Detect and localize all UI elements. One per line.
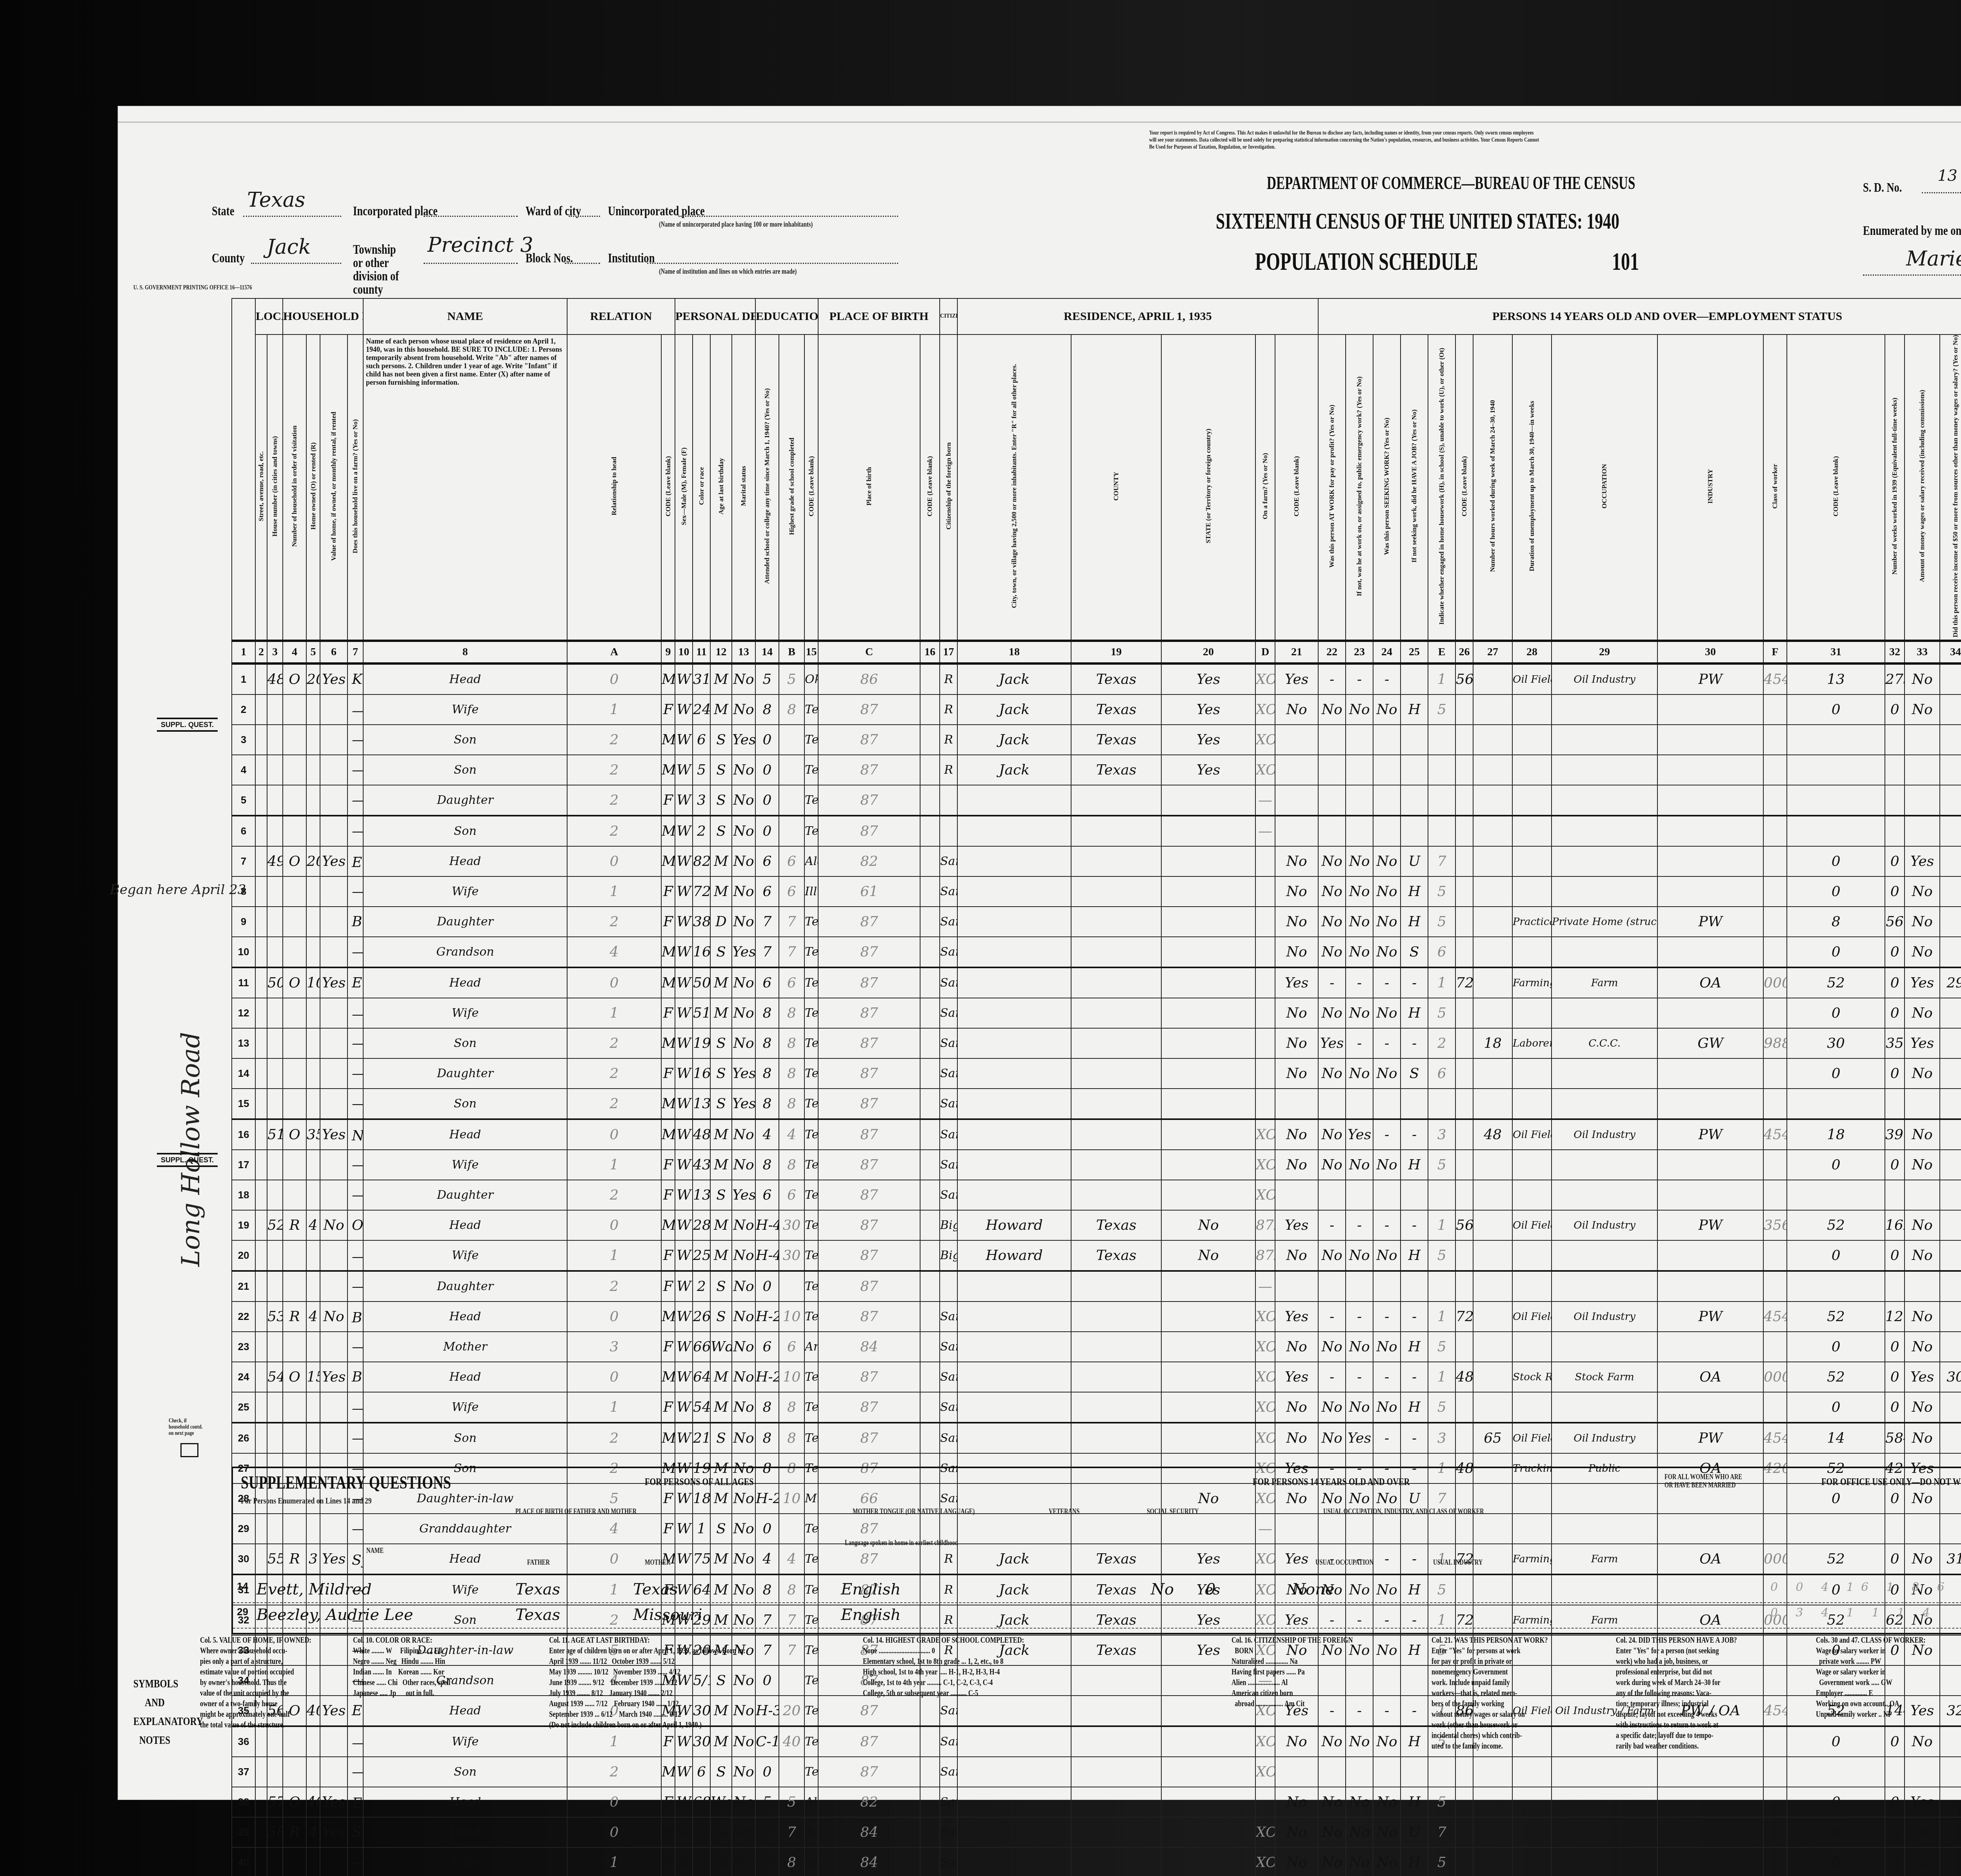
cell-occ: [1512, 816, 1552, 846]
cell-street: [255, 1240, 267, 1271]
line-number: 12: [232, 998, 255, 1028]
col-occupation: OCCUPATION: [1552, 334, 1657, 641]
col-code-e: CODE (Leave blank): [1455, 334, 1473, 641]
cell-wages: 0: [1885, 1240, 1905, 1271]
cell-hours: [1455, 1180, 1473, 1210]
cell-res-city: Big Springs: [940, 1210, 957, 1240]
cell-code-e: 1: [1428, 967, 1455, 998]
cell-code-f: 454 V4 1: [1763, 1119, 1787, 1150]
cell-occ: [1512, 694, 1552, 725]
cell-farm: [320, 1423, 347, 1453]
county-label: County: [212, 251, 245, 266]
cell-weeks: 0: [1787, 1240, 1885, 1271]
cell-sex: M: [661, 1028, 675, 1058]
cell-sex: M: [661, 1423, 675, 1453]
supplementary-subtitle: For Persons Enumerated on Lines 14 and 2…: [241, 1496, 372, 1506]
cell-work: No: [1275, 1392, 1318, 1423]
cell-grade: 8: [755, 1028, 779, 1058]
cell-farm: [320, 1180, 347, 1210]
cell-race: W: [675, 1847, 693, 1876]
line-number: 15: [232, 1089, 255, 1119]
cell-rel: Wife: [363, 1240, 567, 1271]
cell-street: [255, 1028, 267, 1058]
cell-cls: OA: [1657, 967, 1763, 998]
cell-age: 16: [693, 937, 710, 967]
cell-hours: [1455, 694, 1473, 725]
section-employment: PERSONS 14 YEARS OLD AND OVER—EMPLOYMENT…: [1318, 298, 1961, 334]
cell-cls: [1657, 1180, 1763, 1210]
cell-sex: F: [661, 907, 675, 937]
cell-farmsch: [1940, 1089, 1961, 1119]
note-col5: Col. 5. VALUE OF HOME, IF OWNED: Where o…: [200, 1635, 311, 1731]
cell-race: W: [675, 1362, 693, 1392]
cell-wages: 0: [1885, 1817, 1905, 1847]
cell-res-city: Same House: [940, 1058, 957, 1089]
cell-rel: Head: [363, 1302, 567, 1332]
all-ages-heading: FOR PERSONS OF ALL AGES: [645, 1476, 754, 1488]
col-code-c: CODE (Leave blank): [920, 334, 940, 641]
cell-grade: 8: [755, 694, 779, 725]
cell-occ: Stock Raising: [1512, 1362, 1552, 1392]
section-name: NAME: [363, 298, 567, 334]
cell-wages: 0: [1885, 1058, 1905, 1089]
column-number: 18: [957, 641, 1071, 664]
line-number: 14: [232, 1058, 255, 1089]
col-code-a: CODE (Leave blank): [661, 334, 675, 641]
cell-name: —, Tennie L.: [347, 1150, 363, 1180]
cell-rel: Daughter: [363, 785, 567, 816]
line-number: 23: [232, 1332, 255, 1362]
cell-res-county: [957, 1089, 1071, 1119]
cell-farmsch: [1940, 1817, 1961, 1847]
cell-work: Yes: [1275, 1362, 1318, 1392]
cell-value: [306, 785, 320, 816]
cell-res-state: Texas: [1071, 755, 1161, 785]
cell-res-county: [957, 1119, 1071, 1150]
col-wages: Amount of money wages or salary received…: [1905, 334, 1940, 641]
cell-code-a: 0: [567, 846, 661, 876]
cell-other: -: [1401, 1210, 1428, 1240]
column-number: 22: [1318, 641, 1346, 664]
cell-sch: No: [732, 967, 755, 998]
cell-code-e: 5: [1428, 907, 1455, 937]
cell-sex: F: [661, 1271, 675, 1302]
col-class-worker: Class of worker: [1763, 334, 1787, 641]
cell-name: —, Mildred: [347, 1058, 363, 1089]
cell-res-state: Texas: [1071, 1240, 1161, 1271]
cell-race: W: [675, 876, 693, 907]
cell-birth: Texas: [804, 937, 818, 967]
col-weeks: Number of weeks worked in 1939 (Equivale…: [1885, 334, 1905, 641]
cell-work: No: [1275, 1119, 1318, 1150]
cell-seek: -: [1346, 1028, 1373, 1058]
cell-emerg: No: [1318, 846, 1346, 876]
cell-hours: [1455, 1392, 1473, 1423]
cell-res-county: [957, 967, 1071, 998]
cell-street: [255, 1210, 267, 1240]
cell-cit: [920, 1150, 940, 1180]
cell-code-f: [1763, 694, 1787, 725]
cell-code-d: XOV3: [1255, 1847, 1275, 1876]
cell-name: Orr, John D.: [347, 1210, 363, 1240]
cell-other: H: [1401, 907, 1428, 937]
cell-sch: Yes: [732, 725, 755, 755]
cell-age: 48: [693, 1119, 710, 1150]
cell-sex: F: [661, 1847, 675, 1876]
cell-birth: Texas: [804, 1119, 818, 1150]
cell-code-e: 5: [1428, 1332, 1455, 1362]
line-number: 22: [232, 1302, 255, 1332]
cell-value: 200: [306, 664, 320, 694]
cell-farm: [320, 1240, 347, 1271]
cell-cls: OA: [1657, 1362, 1763, 1392]
cell-grade: 8: [755, 1058, 779, 1089]
check-household-label: Check, if household contd. on next page: [169, 1418, 203, 1436]
cell-res-farm: Yes: [1161, 694, 1255, 725]
cell-res-county: [957, 1180, 1071, 1210]
cell-age: 38: [693, 907, 710, 937]
cell-age: 3: [693, 785, 710, 816]
cell-sch: No: [732, 907, 755, 937]
cell-sch: No: [732, 1119, 755, 1150]
supp-name: Beezley, Audrie Lee: [256, 1606, 413, 1624]
cell-otherinc: [1905, 725, 1940, 755]
cell-own: [283, 998, 306, 1028]
township-value: Precinct 3: [427, 233, 533, 257]
cell-emerg: [1318, 785, 1346, 816]
cell-age: 31: [693, 664, 710, 694]
cell-cit: [920, 725, 940, 755]
cell-street: [255, 1302, 267, 1332]
cell-own: O: [283, 846, 306, 876]
cell-other: -: [1401, 1028, 1428, 1058]
cell-work: No: [1275, 1150, 1318, 1180]
cell-race: W: [675, 1423, 693, 1453]
cell-code-d: XOV3: [1255, 1423, 1275, 1453]
cell-house: [267, 1058, 283, 1089]
cell-own: [283, 1028, 306, 1058]
cell-job: [1373, 725, 1401, 755]
cell-birth: Texas: [804, 694, 818, 725]
line-number: 18: [232, 1180, 255, 1210]
cell-birth: Arkansas: [804, 1332, 818, 1362]
cell-unemp: [1473, 1362, 1512, 1392]
cell-code-e: 5: [1428, 1240, 1455, 1271]
cell-res-county: [957, 1058, 1071, 1089]
cell-code-f: 454 V4 1: [1763, 1302, 1787, 1332]
cell-sex: F: [661, 1180, 675, 1210]
cell-wages: 0: [1885, 876, 1905, 907]
line-number: 21: [232, 1271, 255, 1302]
cell-other: [1401, 1271, 1428, 1302]
cell-res-state: [1071, 967, 1161, 998]
column-number: A: [567, 641, 661, 664]
cell-occ: [1512, 1180, 1552, 1210]
col-res-county: COUNTY: [1071, 334, 1161, 641]
cell-unemp: [1473, 1089, 1512, 1119]
cell-sch: No: [732, 1332, 755, 1362]
cell-job: No: [1373, 846, 1401, 876]
cell-mar: S: [710, 755, 732, 785]
cell-res-state: [1071, 876, 1161, 907]
cell-house: [267, 1240, 283, 1271]
cell-code-d: —: [1255, 785, 1275, 816]
table-row: 17—, Tennie L.Wife1FW43MNo88Texas87Same …: [232, 1150, 1961, 1180]
cell-code-e: 3: [1428, 1119, 1455, 1150]
cell-cit: [920, 816, 940, 846]
col-have-job: If not seeking work, did he HAVE A JOB? …: [1401, 334, 1428, 641]
cell-unemp: 48: [1473, 1119, 1512, 1150]
table-row: 40—, AdaWife1FW58MNo88Arkansas84Same Pla…: [232, 1847, 1961, 1876]
cell-grade: 8: [755, 1392, 779, 1423]
cell-sex: M: [661, 846, 675, 876]
column-number: 30: [1657, 641, 1763, 664]
cell-rel: Daughter: [363, 1180, 567, 1210]
cell-res-farm: Yes: [1161, 725, 1255, 755]
cell-sch: No: [732, 876, 755, 907]
column-number: D: [1255, 641, 1275, 664]
cell-farmsch: [1940, 1240, 1961, 1271]
cell-house: 53: [267, 1302, 283, 1332]
cell-farmsch: [1940, 937, 1961, 967]
cell-res-city: Same Place: [940, 1332, 957, 1362]
cell-ind: [1552, 1150, 1657, 1180]
cell-work: [1275, 1180, 1318, 1210]
cell-name: —, Shirley Rae: [347, 1271, 363, 1302]
cell-mar: M: [710, 1392, 732, 1423]
cell-code-f: [1763, 907, 1787, 937]
cell-emerg: No: [1318, 1058, 1346, 1089]
cell-res-state: [1071, 1058, 1161, 1089]
cell-code-b: 8: [779, 1392, 804, 1423]
cell-cls: [1657, 937, 1763, 967]
cell-code-e: 5: [1428, 1392, 1455, 1423]
cell-res-farm: No: [1161, 1210, 1255, 1240]
cell-other: H: [1401, 1150, 1428, 1180]
cell-res-city: [940, 785, 957, 816]
cell-emerg: [1318, 755, 1346, 785]
cell-res-county: [957, 876, 1071, 907]
cell-res-city: Same Place: [940, 1302, 957, 1332]
cell-occ: [1512, 998, 1552, 1028]
cell-res-farm: [1161, 1302, 1255, 1332]
cell-grade: H-2: [755, 1302, 779, 1332]
cell-birth: Oklahoma: [804, 664, 818, 694]
cell-job: [1373, 1271, 1401, 1302]
cell-seek: No: [1346, 998, 1373, 1028]
cell-job: -: [1373, 967, 1401, 998]
cell-seek: -: [1346, 967, 1373, 998]
cell-code-d: XOV3: [1255, 1332, 1275, 1362]
cell-cls: [1657, 1271, 1763, 1302]
cell-code-b: 7: [779, 1817, 804, 1847]
column-number: 19: [1071, 641, 1161, 664]
cell-wages: 56: [1885, 907, 1905, 937]
cell-value: [306, 1423, 320, 1453]
cell-code-a: 0: [567, 1302, 661, 1332]
cell-emerg: [1318, 1271, 1346, 1302]
cell-cit: [920, 1058, 940, 1089]
cell-farmsch: [1940, 1302, 1961, 1332]
cell-name: —, Winnie ⓧ: [347, 998, 363, 1028]
cell-code-b: 8: [779, 1423, 804, 1453]
cell-own: [283, 755, 306, 785]
cell-name: —, Ida: [347, 1332, 363, 1362]
column-number-row: 12345678A91011121314B15C1617181920D21222…: [232, 641, 1961, 664]
cell-birth: Texas: [804, 816, 818, 846]
cell-own: R: [283, 1302, 306, 1332]
cell-sex: M: [661, 816, 675, 846]
cell-farm: [320, 907, 347, 937]
cell-birth: Texas: [804, 907, 818, 937]
cell-code-b: 8: [779, 1058, 804, 1089]
cell-unemp: [1473, 1332, 1512, 1362]
note-col21: Col. 21. WAS THIS PERSON AT WORK? Enter …: [1432, 1635, 1548, 1752]
cell-ind: [1552, 876, 1657, 907]
cell-birth: Illinois: [804, 876, 818, 907]
cell-res-city: R: [940, 694, 957, 725]
cell-sex: M: [661, 1089, 675, 1119]
cell-emerg: No: [1318, 937, 1346, 967]
cell-farm: Yes: [320, 664, 347, 694]
sd-value: 13: [1937, 167, 1957, 185]
cell-code-b: [779, 725, 804, 755]
cell-seek: No: [1346, 1817, 1373, 1847]
supp-lang: English: [841, 1580, 900, 1598]
cell-otherinc: No: [1905, 1150, 1940, 1180]
table-row: 2253R4NoBallow, Chester ⓧHead0MW26SNoH-2…: [232, 1302, 1961, 1332]
cell-rel: Wife: [363, 876, 567, 907]
cell-seek: No: [1346, 937, 1373, 967]
cell-farmsch: [1940, 1271, 1961, 1302]
cell-own: [283, 937, 306, 967]
county-value: Jack: [267, 235, 311, 259]
cell-street: [255, 1271, 267, 1302]
line-number: 8: [232, 876, 255, 907]
cell-res-city: Same House: [940, 937, 957, 967]
cell-house: [267, 1392, 283, 1423]
cell-sch: No: [732, 1423, 755, 1453]
cell-work: No: [1275, 1240, 1318, 1271]
cell-code-b: 30: [779, 1210, 804, 1240]
cell-grade: 8: [755, 1423, 779, 1453]
cell-cls: [1657, 998, 1763, 1028]
line-number: 26: [232, 1423, 255, 1453]
cell-code-e: 1: [1428, 1210, 1455, 1240]
cell-street: [255, 1119, 267, 1150]
section-household: HOUSEHOLD DATA: [283, 298, 363, 334]
column-number: 13: [732, 641, 755, 664]
cell-weeks: 14: [1787, 1423, 1885, 1453]
cell-grade: 0: [755, 725, 779, 755]
cell-age: 66: [693, 1332, 710, 1362]
supp-col-father: FATHER: [527, 1558, 550, 1567]
cell-other: [1401, 755, 1428, 785]
cell-code-a: 0: [567, 664, 661, 694]
cell-unemp: [1473, 816, 1512, 846]
cell-wages: [1885, 1089, 1905, 1119]
cell-weeks: [1787, 1180, 1885, 1210]
cell-code-f: [1763, 1817, 1787, 1847]
cell-hours: [1455, 1119, 1473, 1150]
supplementary-section: SUPPLEMENTARY QUESTIONS For Persons Enum…: [231, 1467, 1961, 1634]
cell-grade: 0: [755, 755, 779, 785]
cell-res-state: [1071, 1180, 1161, 1210]
cell-work: No: [1275, 876, 1318, 907]
col-hours: Number of hours worked during week of Ma…: [1473, 334, 1512, 641]
cell-sch: No: [732, 998, 755, 1028]
cell-res-city: R: [940, 755, 957, 785]
cell-birth: Texas: [804, 1362, 818, 1392]
cell-race: W: [675, 1817, 693, 1847]
cell-cls: [1657, 816, 1763, 846]
cell-farmsch: [1940, 1119, 1961, 1150]
unincorporated-line: [679, 216, 898, 217]
cell-code-d: 8725: [1255, 1210, 1275, 1240]
cell-res-city: Same House: [940, 967, 957, 998]
cell-sex: M: [661, 1817, 675, 1847]
cell-otherinc: No: [1905, 907, 1940, 937]
cell-name: —, Robert Jr.: [347, 1089, 363, 1119]
cell-farmsch: [1940, 876, 1961, 907]
cell-birth: Texas: [804, 1210, 818, 1240]
cell-code-a: 2: [567, 1028, 661, 1058]
column-number: 20: [1161, 641, 1255, 664]
cell-race: W: [675, 1271, 693, 1302]
cell-cls: [1657, 755, 1763, 785]
cell-res-farm: [1161, 998, 1255, 1028]
cell-sch: No: [732, 1392, 755, 1423]
cell-code-f: 000 VV 4: [1763, 1362, 1787, 1392]
cell-street: [255, 1150, 267, 1180]
col-home-value: Value of home, if owned, or monthly rent…: [320, 334, 347, 641]
cell-seek: No: [1346, 907, 1373, 937]
cell-code-a: 3: [567, 1332, 661, 1362]
section-education: EDUCATION: [755, 298, 818, 334]
table-row: 14—, MildredDaughter2FW16SYes88Texas87Sa…: [232, 1058, 1961, 1089]
cell-code-e: 1: [1428, 1302, 1455, 1332]
cell-value: [306, 1058, 320, 1089]
cell-cit: [920, 1302, 940, 1332]
cell-res-city: Big Springs: [940, 1240, 957, 1271]
cell-age: 43: [693, 1150, 710, 1180]
cell-race: W: [675, 1119, 693, 1150]
cell-res-farm: [1161, 1423, 1255, 1453]
cell-job: No: [1373, 907, 1401, 937]
block-line: [565, 263, 600, 264]
cell-age: 24: [693, 694, 710, 725]
cell-code-e: 7: [1428, 846, 1455, 876]
cell-birth: Texas: [804, 785, 818, 816]
cell-weeks: 18: [1787, 1119, 1885, 1150]
cell-mar: M: [710, 846, 732, 876]
household-continued-checkbox[interactable]: [180, 1443, 198, 1457]
line-number: 1: [232, 664, 255, 694]
cell-race: W: [675, 967, 693, 998]
cell-mar: S: [710, 1028, 732, 1058]
cell-code-b: 4: [779, 1119, 804, 1150]
cell-code-b: 8: [779, 1089, 804, 1119]
cell-rel: Head: [363, 846, 567, 876]
cell-code-e: [1428, 1180, 1455, 1210]
cell-house: [267, 876, 283, 907]
cell-unemp: [1473, 1302, 1512, 1332]
cell-house: 48: [267, 664, 283, 694]
cell-house: 50: [267, 967, 283, 998]
cell-otherinc: No: [1905, 694, 1940, 725]
cell-code-e: [1428, 1089, 1455, 1119]
col-code-f: CODE (Leave blank): [1787, 334, 1885, 641]
